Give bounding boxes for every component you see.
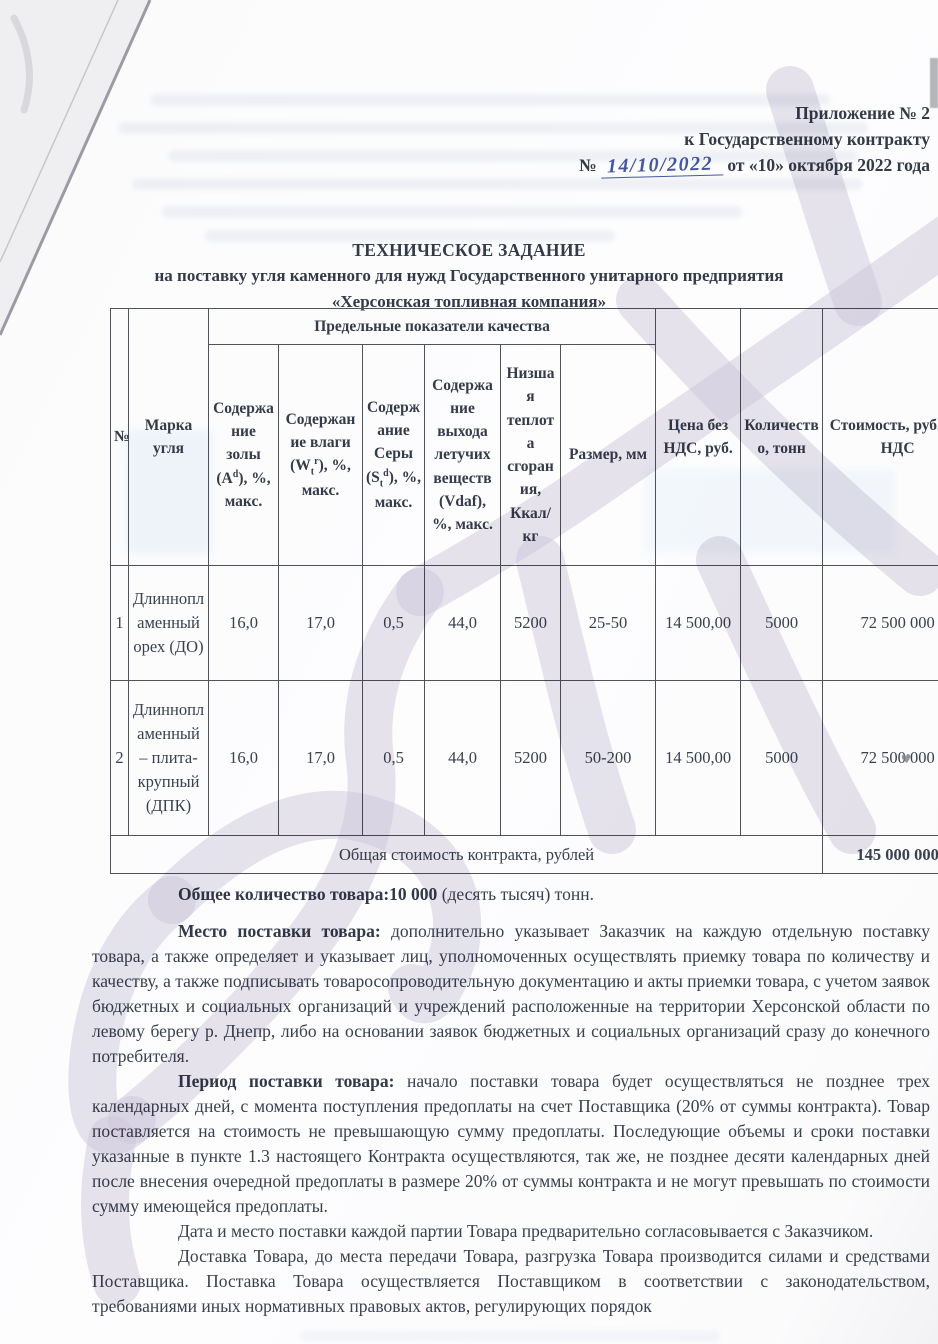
cell-num: 2: [111, 681, 129, 836]
cell-heat: 5200: [501, 681, 561, 836]
appendix-header: Приложение № 2 к Государственному контра…: [579, 100, 930, 178]
col-header-quantity: Количество, тонн: [741, 309, 823, 566]
cell-brand: Длиннопламенный – плита-крупный (ДПК): [129, 681, 209, 836]
cell-cost: 72 500 000: [823, 566, 938, 681]
cell-quantity: 5000: [741, 681, 823, 836]
paragraph-delivery-terms: Доставка Товара, до места передачи Товар…: [92, 1244, 930, 1319]
col-header-heat: Низшая теплота сгорания, Ккал/кг: [501, 345, 561, 566]
table-row: 2 Длиннопламенный – плита-крупный (ДПК) …: [111, 681, 938, 836]
paragraph-delivery-period: Период поставки товара: начало поставки …: [92, 1069, 930, 1219]
number-sign: №: [579, 155, 597, 175]
bleed-through-line: [132, 178, 862, 190]
document-subtitle: на поставку угля каменного для нужд Госу…: [0, 263, 938, 289]
handwritten-contract-number: 14/10/2022: [601, 152, 724, 178]
cell-num: 1: [111, 566, 129, 681]
col-header-sulfur: Содержание Серы (Std), %, макс.: [363, 345, 425, 566]
appendix-line: Приложение № 2: [579, 100, 930, 126]
cell-size: 25-50: [561, 566, 656, 681]
total-row: Общая стоимость контракта, рублей 145 00…: [111, 836, 938, 874]
contract-number-line: № 14/10/2022 от «10» октября 2022 года: [579, 152, 930, 178]
cell-moisture: 17,0: [279, 566, 363, 681]
cell-sulfur: 0,5: [363, 566, 425, 681]
scanned-page: Приложение № 2 к Государственному контра…: [0, 0, 938, 1344]
heart-mark-icon: ♥: [900, 751, 913, 766]
cell-price: 14 500,00: [656, 681, 741, 836]
col-header-ash: Содержание золы (Ad), %, макс.: [209, 345, 279, 566]
coal-spec-table: № Марка угля Предельные показатели качес…: [110, 308, 938, 874]
cell-moisture: 17,0: [279, 681, 363, 836]
document-title-block: ТЕХНИЧЕСКОЕ ЗАДАНИЕ на поставку угля кам…: [0, 237, 938, 315]
cell-ash: 16,0: [209, 681, 279, 836]
bleed-through-line: [162, 206, 742, 218]
bleed-through-line: [300, 1330, 720, 1342]
scan-edge-artifact: [930, 58, 938, 108]
paragraph-delivery-place: Место поставки товара: дополнительно ука…: [92, 919, 930, 1069]
cell-heat: 5200: [501, 566, 561, 681]
cell-ash: 16,0: [209, 566, 279, 681]
total-value: 145 000 000: [823, 836, 938, 874]
cell-quantity: 5000: [741, 566, 823, 681]
cell-brand: Длиннопламенный орех (ДО): [129, 566, 209, 681]
col-header-price: Цена без НДС, руб.: [656, 309, 741, 566]
total-quantity-line: Общее количество товара:10 000 (десять т…: [92, 882, 930, 907]
paragraph-date-place: Дата и место поставки каждой партии Това…: [92, 1219, 930, 1244]
col-header-num: №: [111, 309, 129, 566]
table-row: 1 Длиннопламенный орех (ДО) 16,0 17,0 0,…: [111, 566, 938, 681]
body-text: Общее количество товара:10 000 (десять т…: [92, 882, 930, 1319]
cell-size: 50-200: [561, 681, 656, 836]
document-title: ТЕХНИЧЕСКОЕ ЗАДАНИЕ: [0, 237, 938, 263]
col-header-brand: Марка угля: [129, 309, 209, 566]
cell-sulfur: 0,5: [363, 681, 425, 836]
contract-date: от «10» октября 2022 года: [727, 155, 930, 175]
cell-cost: 72 500 000: [823, 681, 938, 836]
contract-line: к Государственному контракту: [579, 126, 930, 152]
cell-price: 14 500,00: [656, 566, 741, 681]
col-header-volatile: Содержание выхода летучих веществ (Vdaf)…: [425, 345, 501, 566]
col-header-cost: Стоимость, руб. без НДС: [823, 309, 938, 566]
col-header-moisture: Содержание влаги (Wtr), %, макс.: [279, 345, 363, 566]
cell-volatile: 44,0: [425, 681, 501, 836]
cell-volatile: 44,0: [425, 566, 501, 681]
total-label: Общая стоимость контракта, рублей: [111, 836, 823, 874]
col-group-quality: Предельные показатели качества: [209, 309, 656, 345]
col-header-size: Размер, мм: [561, 345, 656, 566]
